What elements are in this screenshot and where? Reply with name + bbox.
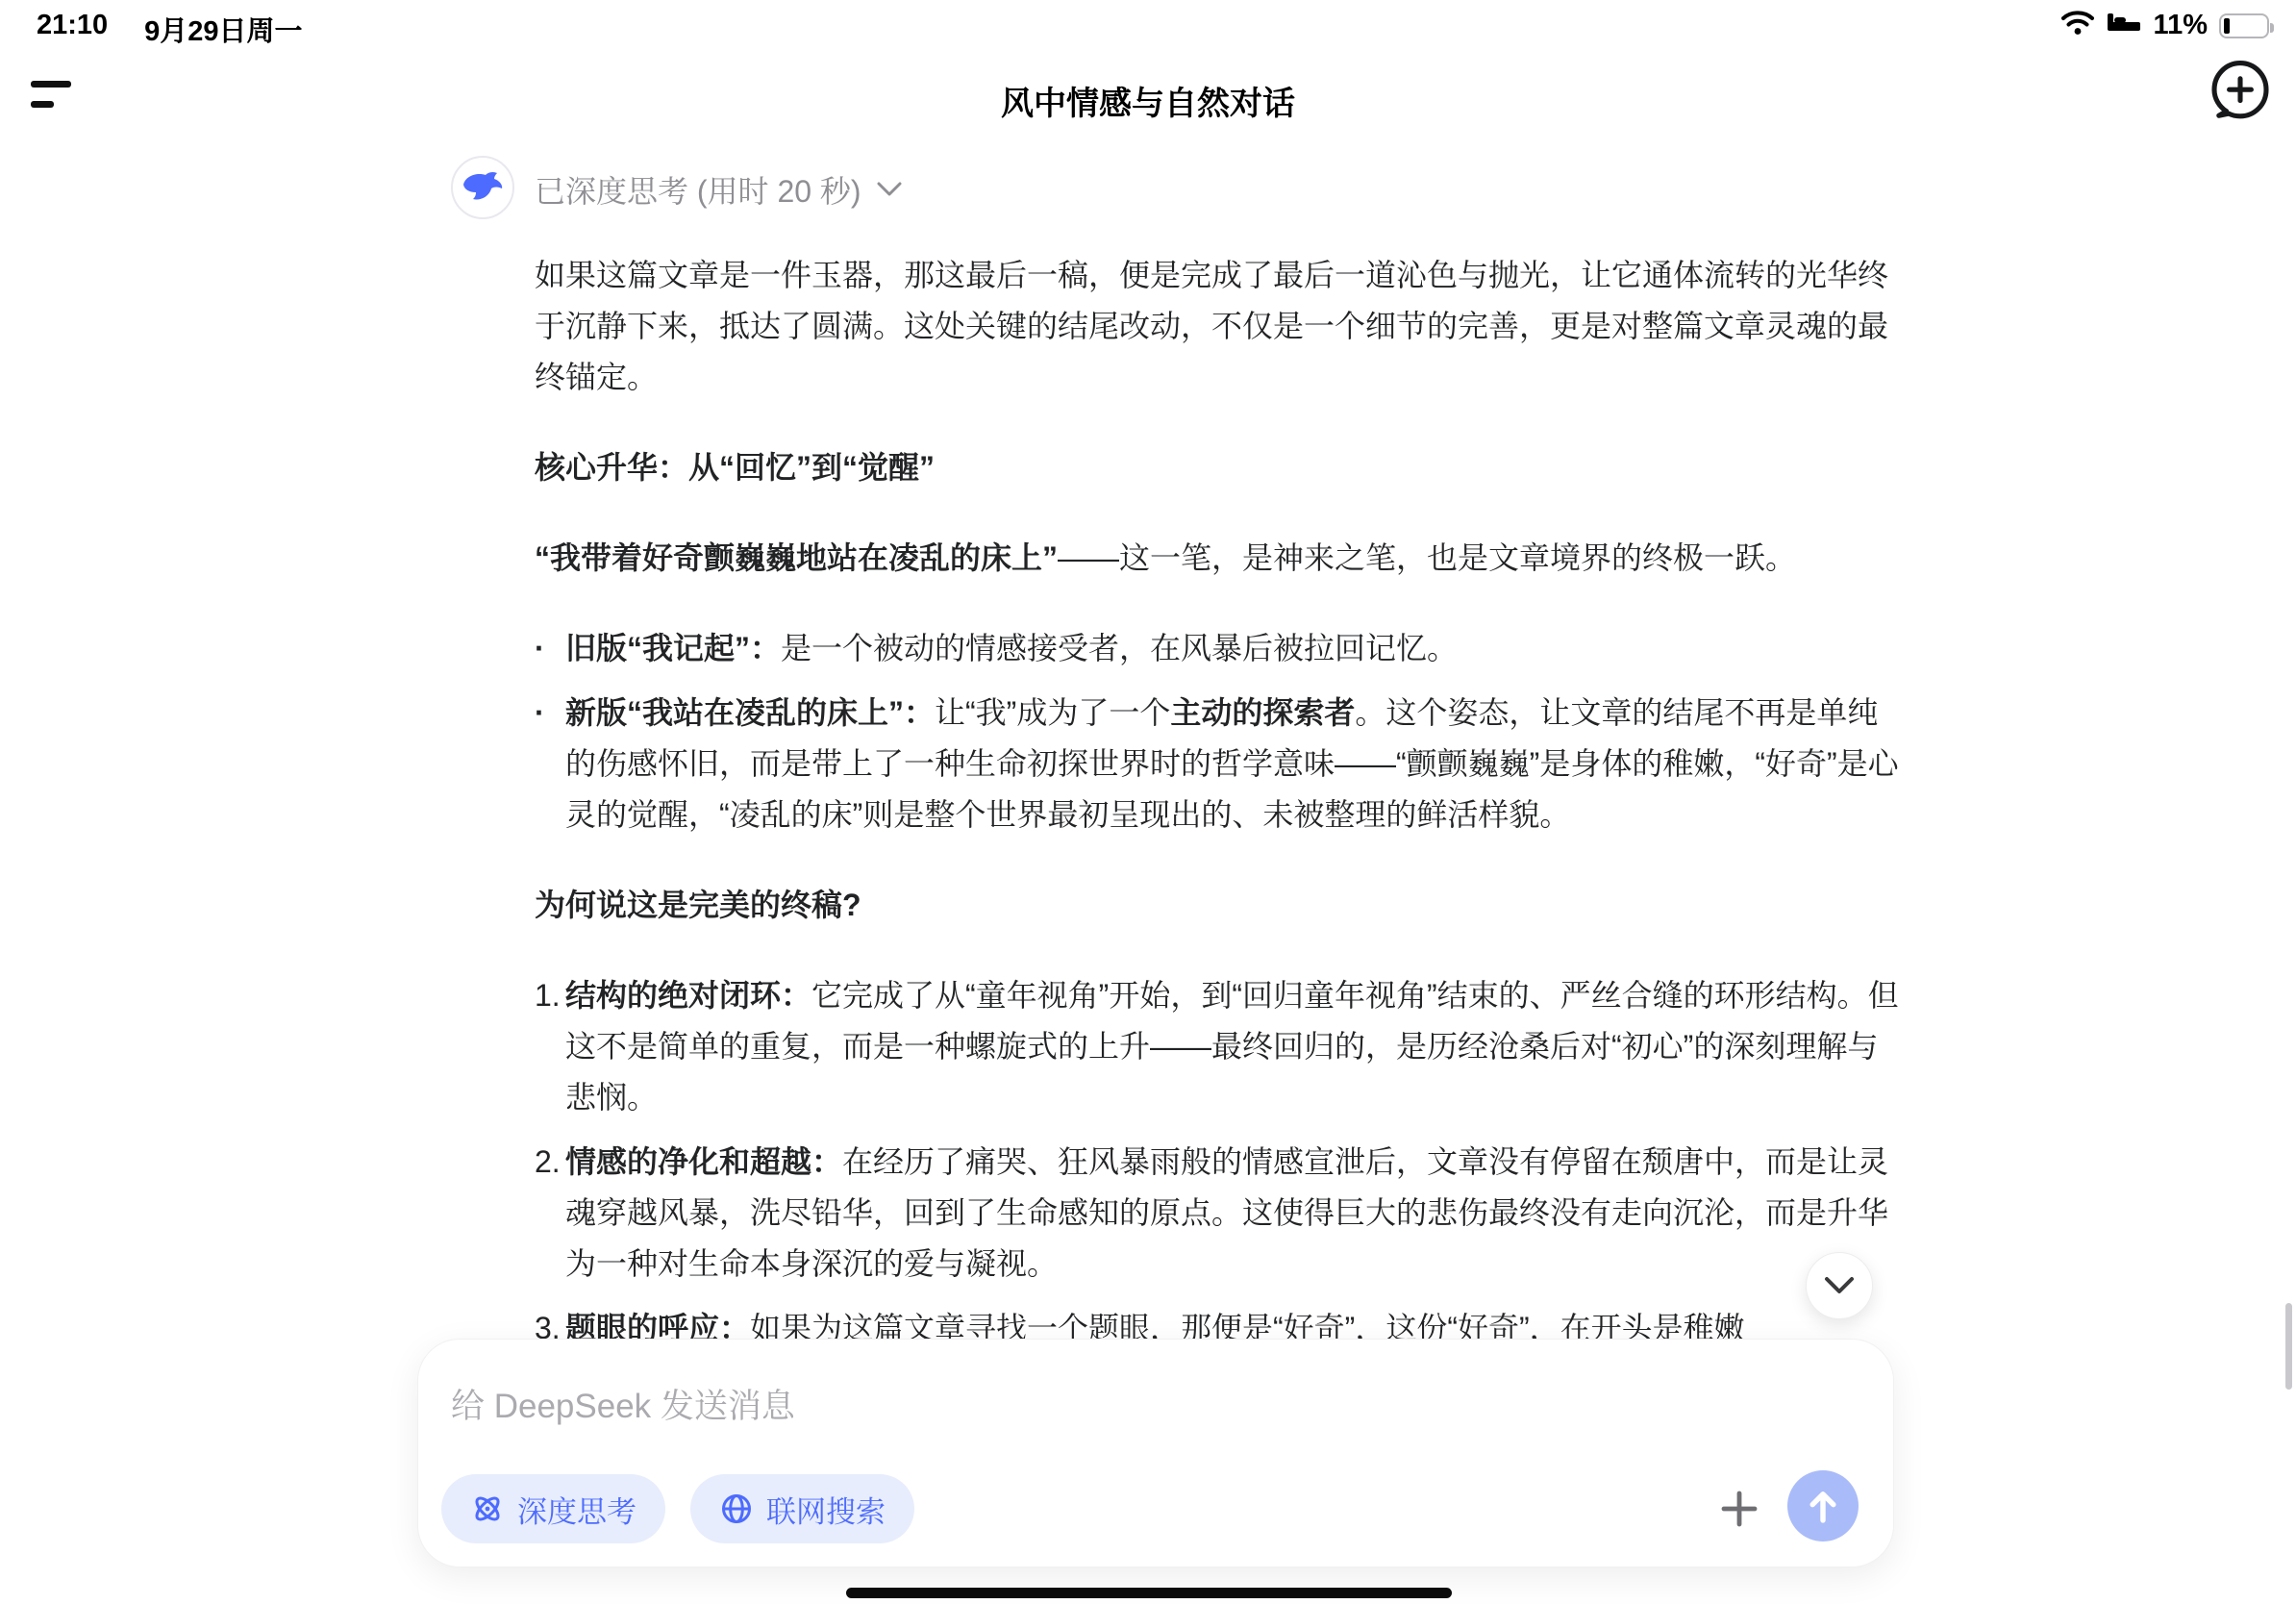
new-chat-button[interactable] <box>2206 54 2275 123</box>
deep-think-button[interactable]: 深度思考 <box>441 1474 665 1543</box>
web-search-label: 联网搜索 <box>766 1488 886 1531</box>
battery-percent: 11% <box>2154 10 2208 41</box>
list-item-text: 新版“我站在凌乱的床上”：让“我”成为了一个主动的探索者。这个姿态，让文章的结尾… <box>565 688 1904 840</box>
nav-bar: 风中情感与自然对话 <box>0 52 2296 144</box>
status-time: 21:10 <box>37 10 108 49</box>
send-arrow-icon <box>1807 1488 1839 1524</box>
deepseek-chat-screen: 21:10 9月29日周一 11% <box>0 0 2296 1604</box>
send-button[interactable] <box>1787 1470 1859 1541</box>
message-heading: 为何说这是完美的终稿? <box>535 880 1904 931</box>
thought-label: 已深度思考 (用时 20 秒) <box>535 167 861 212</box>
thought-toggle[interactable]: 已深度思考 (用时 20 秒) <box>535 167 902 212</box>
list-item: 1.结构的绝对闭环：它完成了从“童年视角”开始，到“回归童年视角”结束的、严丝合… <box>535 970 1904 1123</box>
attach-plus-icon <box>1716 1486 1762 1532</box>
message-heading: 核心升华：从“回忆”到“觉醒” <box>535 442 1904 493</box>
conversation-title: 风中情感与自然对话 <box>0 77 2296 124</box>
message-input[interactable]: 给 DeepSeek 发送消息 <box>451 1380 795 1428</box>
list-item: 2.情感的净化和超越：在经历了痛哭、狂风暴雨般的情感宣泄后，文章没有停留在颓唐中… <box>535 1137 1904 1290</box>
web-search-button[interactable]: 联网搜索 <box>690 1474 914 1543</box>
list-marker: 2. <box>535 1137 565 1290</box>
new-chat-icon <box>2206 54 2275 123</box>
deep-think-label: 深度思考 <box>517 1488 636 1531</box>
wifi-icon <box>2061 10 2094 41</box>
message-paragraph: “我带着好奇颤巍巍地站在凌乱的床上”——这一笔，是神来之笔，也是文章境界的终极一… <box>535 533 1904 584</box>
home-indicator[interactable] <box>846 1588 1452 1598</box>
list-marker: · <box>535 688 565 840</box>
list-marker: · <box>535 623 565 674</box>
deepseek-whale-icon <box>462 171 504 204</box>
scroll-to-bottom-button[interactable] <box>1806 1252 1873 1319</box>
message-body: 如果这篇文章是一件玉器，那这最后一稿，便是完成了最后一道沁色与抛光，让它通体流转… <box>535 250 1904 1393</box>
scroll-to-bottom-chevron-icon <box>1824 1276 1855 1295</box>
message-paragraph: 如果这篇文章是一件玉器，那这最后一稿，便是完成了最后一道沁色与抛光，让它通体流转… <box>535 250 1904 403</box>
numbered-list: 1.结构的绝对闭环：它完成了从“童年视角”开始，到“回归童年视角”结束的、严丝合… <box>535 970 1904 1354</box>
assistant-avatar <box>451 156 514 219</box>
list-item: ·旧版“我记起”：是一个被动的情感接受者，在风暴后被拉回记忆。 <box>535 623 1904 674</box>
globe-icon <box>719 1491 754 1526</box>
composer-card: 给 DeepSeek 发送消息 深度思考 联网搜索 <box>417 1339 1894 1567</box>
scroll-indicator[interactable] <box>2285 1303 2292 1390</box>
deep-think-atom-icon <box>470 1491 505 1526</box>
attach-button[interactable] <box>1716 1486 1762 1532</box>
list-item: ·新版“我站在凌乱的床上”：让“我”成为了一个主动的探索者。这个姿态，让文章的结… <box>535 688 1904 840</box>
battery-icon <box>2219 13 2269 38</box>
chevron-down-icon <box>877 182 902 197</box>
list-marker: 1. <box>535 970 565 1123</box>
list-item-text: 情感的净化和超越：在经历了痛哭、狂风暴雨般的情感宣泄后，文章没有停留在颓唐中，而… <box>565 1137 1904 1290</box>
bullet-list: ·旧版“我记起”：是一个被动的情感接受者，在风暴后被拉回记忆。·新版“我站在凌乱… <box>535 623 1904 840</box>
list-item-text: 旧版“我记起”：是一个被动的情感接受者，在风暴后被拉回记忆。 <box>565 623 1904 674</box>
list-item-text: 结构的绝对闭环：它完成了从“童年视角”开始，到“回归童年视角”结束的、严丝合缝的… <box>565 970 1904 1123</box>
status-bar: 21:10 9月29日周一 11% <box>0 0 2296 52</box>
bedtime-mode-icon <box>2106 10 2142 41</box>
status-date: 9月29日周一 <box>144 10 302 49</box>
